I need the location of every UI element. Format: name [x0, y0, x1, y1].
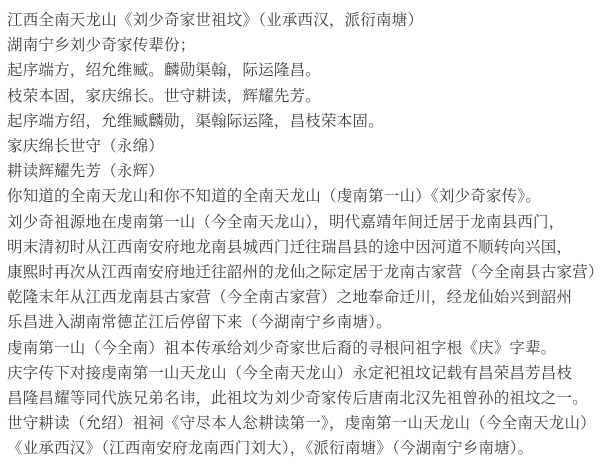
text-line: 刘少奇祖源地在虔南第一山（今全南天龙山），明代嘉靖年间迁居于龙南县西门，	[7, 210, 606, 235]
text-line: 起序端方，绍允维臧。麟勋渠翰，际运隆昌。	[7, 58, 606, 83]
text-line: 耕读辉耀先芳（永辉）	[7, 159, 606, 184]
text-line: 世守耕读（允绍）祖祠《守尽本人忩耕读第一》，虔南第一山天龙山（今全南天龙山）	[7, 411, 606, 436]
text-line: 枝荣本固，家庆绵长。世守耕读，辉耀先芳。	[7, 84, 606, 109]
text-line: 你知道的全南天龙山和你不知道的全南天龙山（虔南第一山）《刘少奇家传》。	[7, 184, 606, 209]
text-line: 康熙时再次从江西南安府地迁往韶州的龙仙之际定居于龙南古家营（今全南县古家营）	[7, 260, 606, 285]
text-line: 《业承西汉》（江西南安府龙南西门刘大），《派衍南塘》（今湖南宁乡南塘）。	[7, 436, 606, 461]
document-body: 江西全南天龙山《刘少奇家世祖坟》（业承西汉，派衍南塘） 湖南宁乡刘少奇家传辈份；…	[0, 0, 612, 462]
text-line: 乐昌进入湖南常德芷江后停留下来（今湖南宁乡南塘）。	[7, 310, 606, 335]
text-line: 家庆绵长世守（永绵）	[7, 134, 606, 159]
document-page: 江西全南天龙山《刘少奇家世祖坟》（业承西汉，派衍南塘） 湖南宁乡刘少奇家传辈份；…	[0, 0, 612, 472]
text-line: 庆字传下对接虔南第一山天龙山（今全南天龙山）永定祀祖坟记载有昌荣昌芳昌枝	[7, 361, 606, 386]
text-line: 乾隆末年从江西龙南县古家营（今全南古家营）之地奉命迁川，经龙仙始兴到韶州	[7, 285, 606, 310]
text-line: 起序端方绍，允维臧麟勋，渠翰际运隆，昌枝荣本固。	[7, 109, 606, 134]
text-line: 明末清初时从江西南安府地龙南县城西门迁往瑞昌县的途中因河道不顺转向兴国，	[7, 235, 606, 260]
text-line: 江西全南天龙山《刘少奇家世祖坟》（业承西汉，派衍南塘）	[7, 8, 606, 33]
text-line: 昌隆昌耀等同代族兄弟名讳，此祖坟为刘少奇家传后唐南北汉先祖曾孙的祖坟之一。	[7, 386, 606, 411]
text-line: 虔南第一山（今全南）祖本传承给刘少奇家世后裔的寻根问祖字根《庆》字辈。	[7, 336, 606, 361]
text-line: 湖南宁乡刘少奇家传辈份；	[7, 33, 606, 58]
